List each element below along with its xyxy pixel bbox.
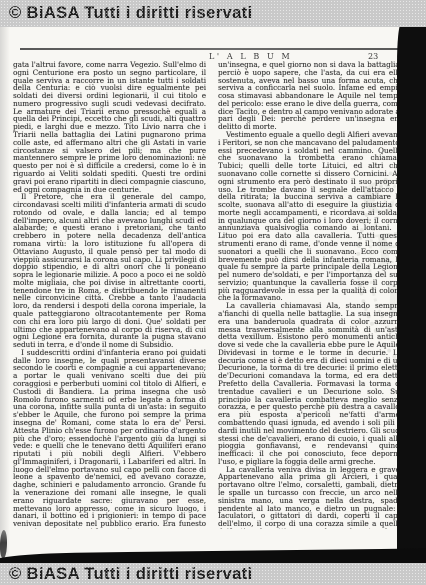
journal-title: L' A L B U M: [209, 52, 292, 61]
paragraph: Il Pretore, che era il generale del camp…: [13, 193, 206, 349]
paragraph: gata l'altrui favore, come narra Vegezio…: [13, 61, 206, 193]
watermark-band-top: © BiASA Tutti i diritti riservati: [0, 0, 426, 27]
paragraph: La cavalleria chiamavasi Ala, stando sem…: [218, 302, 402, 465]
paragraph: Vestimento eguale a quello degli Alfieri…: [218, 131, 402, 302]
watermark-band-bottom: © BiASA Tutti i diritti riservati: [0, 563, 426, 585]
header-rule: [20, 48, 400, 50]
watermark-text-bottom: © BiASA Tutti i diritti riservati: [0, 565, 253, 584]
watermark-text-top: © BiASA Tutti i diritti riservati: [0, 4, 253, 23]
scan-background-right: [397, 24, 426, 563]
paragraph: La cavalleria veniva divisa in leggera e…: [218, 466, 402, 529]
page-number: 23: [368, 52, 378, 61]
scanned-page: C H R I L' A L B U M 23 gata l'altrui fa…: [0, 24, 426, 563]
page-left-edge-shadow: [0, 24, 11, 563]
text-column-right: un'insegna, e quel giorno non si dava la…: [218, 61, 402, 529]
paragraph: I suddescritti ordini d'infanteria erano…: [13, 349, 206, 529]
text-column-left: gata l'altrui favore, come narra Vegezio…: [13, 61, 206, 529]
text-columns: gata l'altrui favore, come narra Vegezio…: [13, 61, 402, 529]
paragraph: un'insegna, e quel giorno non si dava la…: [218, 61, 402, 131]
scan-viewport: C H R I L' A L B U M 23 gata l'altrui fa…: [0, 0, 426, 585]
